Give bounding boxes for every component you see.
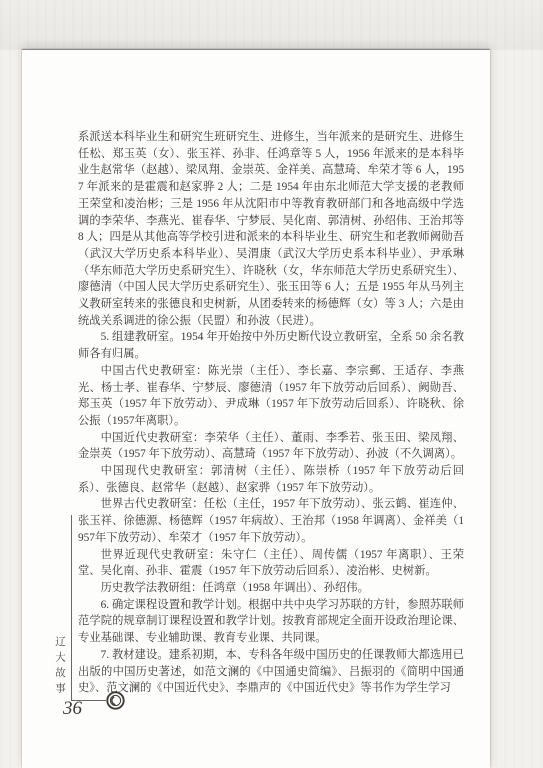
body-paragraph: 历史教学法教研组：任鸿章（1958 年调出）、孙绍伟。 — [78, 580, 464, 597]
body-paragraph: 6. 确定课程设置和教学计划。根据中共中央学习苏联的方针，参照苏联师范学院的规章… — [78, 597, 464, 647]
scanned-book-page-screenshot: { "document": { "spine_label": "辽大故事", "… — [0, 0, 543, 768]
circle-ornament-icon — [104, 689, 127, 712]
body-paragraph: 中国古代史教研室：陈光崇（主任）、李长嘉、李宗郵、王适存、李燕光、杨士孝、崔春华… — [78, 363, 464, 430]
body-paragraph: 世界近现代史教研室：朱守仁（主任）、周传儒（1957 年离职）、王荣堂、吴化南、… — [78, 547, 464, 580]
body-paragraph: 中国现代史教研室：郭清树（主任）、陈崇桥（1957 年下放劳动后回系）、张德良、… — [78, 463, 464, 496]
body-paragraph: 系派送本科毕业生和研究生班研究生、进修生，当年派来的是研究生、进修生任松、郑玉英… — [78, 129, 464, 329]
body-paragraph: 世界古代史教研室：任松（主任，1957 年下放劳动）、张云鹤、崔连仲、张玉祥、徐… — [78, 496, 464, 546]
spine-rule-vertical — [71, 515, 72, 701]
book-page: 系派送本科毕业生和研究生班研究生、进修生，当年派来的是研究生、进修生任松、郑玉英… — [22, 50, 490, 768]
page-number: 36 — [63, 698, 82, 720]
body-paragraph: 5. 组建教研室。1954 年开始按中外历史断代设立教研室，全系 50 余名教师… — [78, 329, 464, 362]
scan-backdrop-top — [0, 0, 543, 50]
body-paragraph: 中国近代史教研室：李荣华（主任）、董雨、李季若、张玉田、梁凤翔、金崇英（1957… — [78, 430, 464, 463]
body-paragraph: 7. 教材建设。建系初期，本、专科各年级中国历史的任课教师大都选用已出版的中国历… — [78, 647, 464, 697]
body-text: 系派送本科毕业生和研究生班研究生、进修生，当年派来的是研究生、进修生任松、郑玉英… — [78, 129, 464, 697]
